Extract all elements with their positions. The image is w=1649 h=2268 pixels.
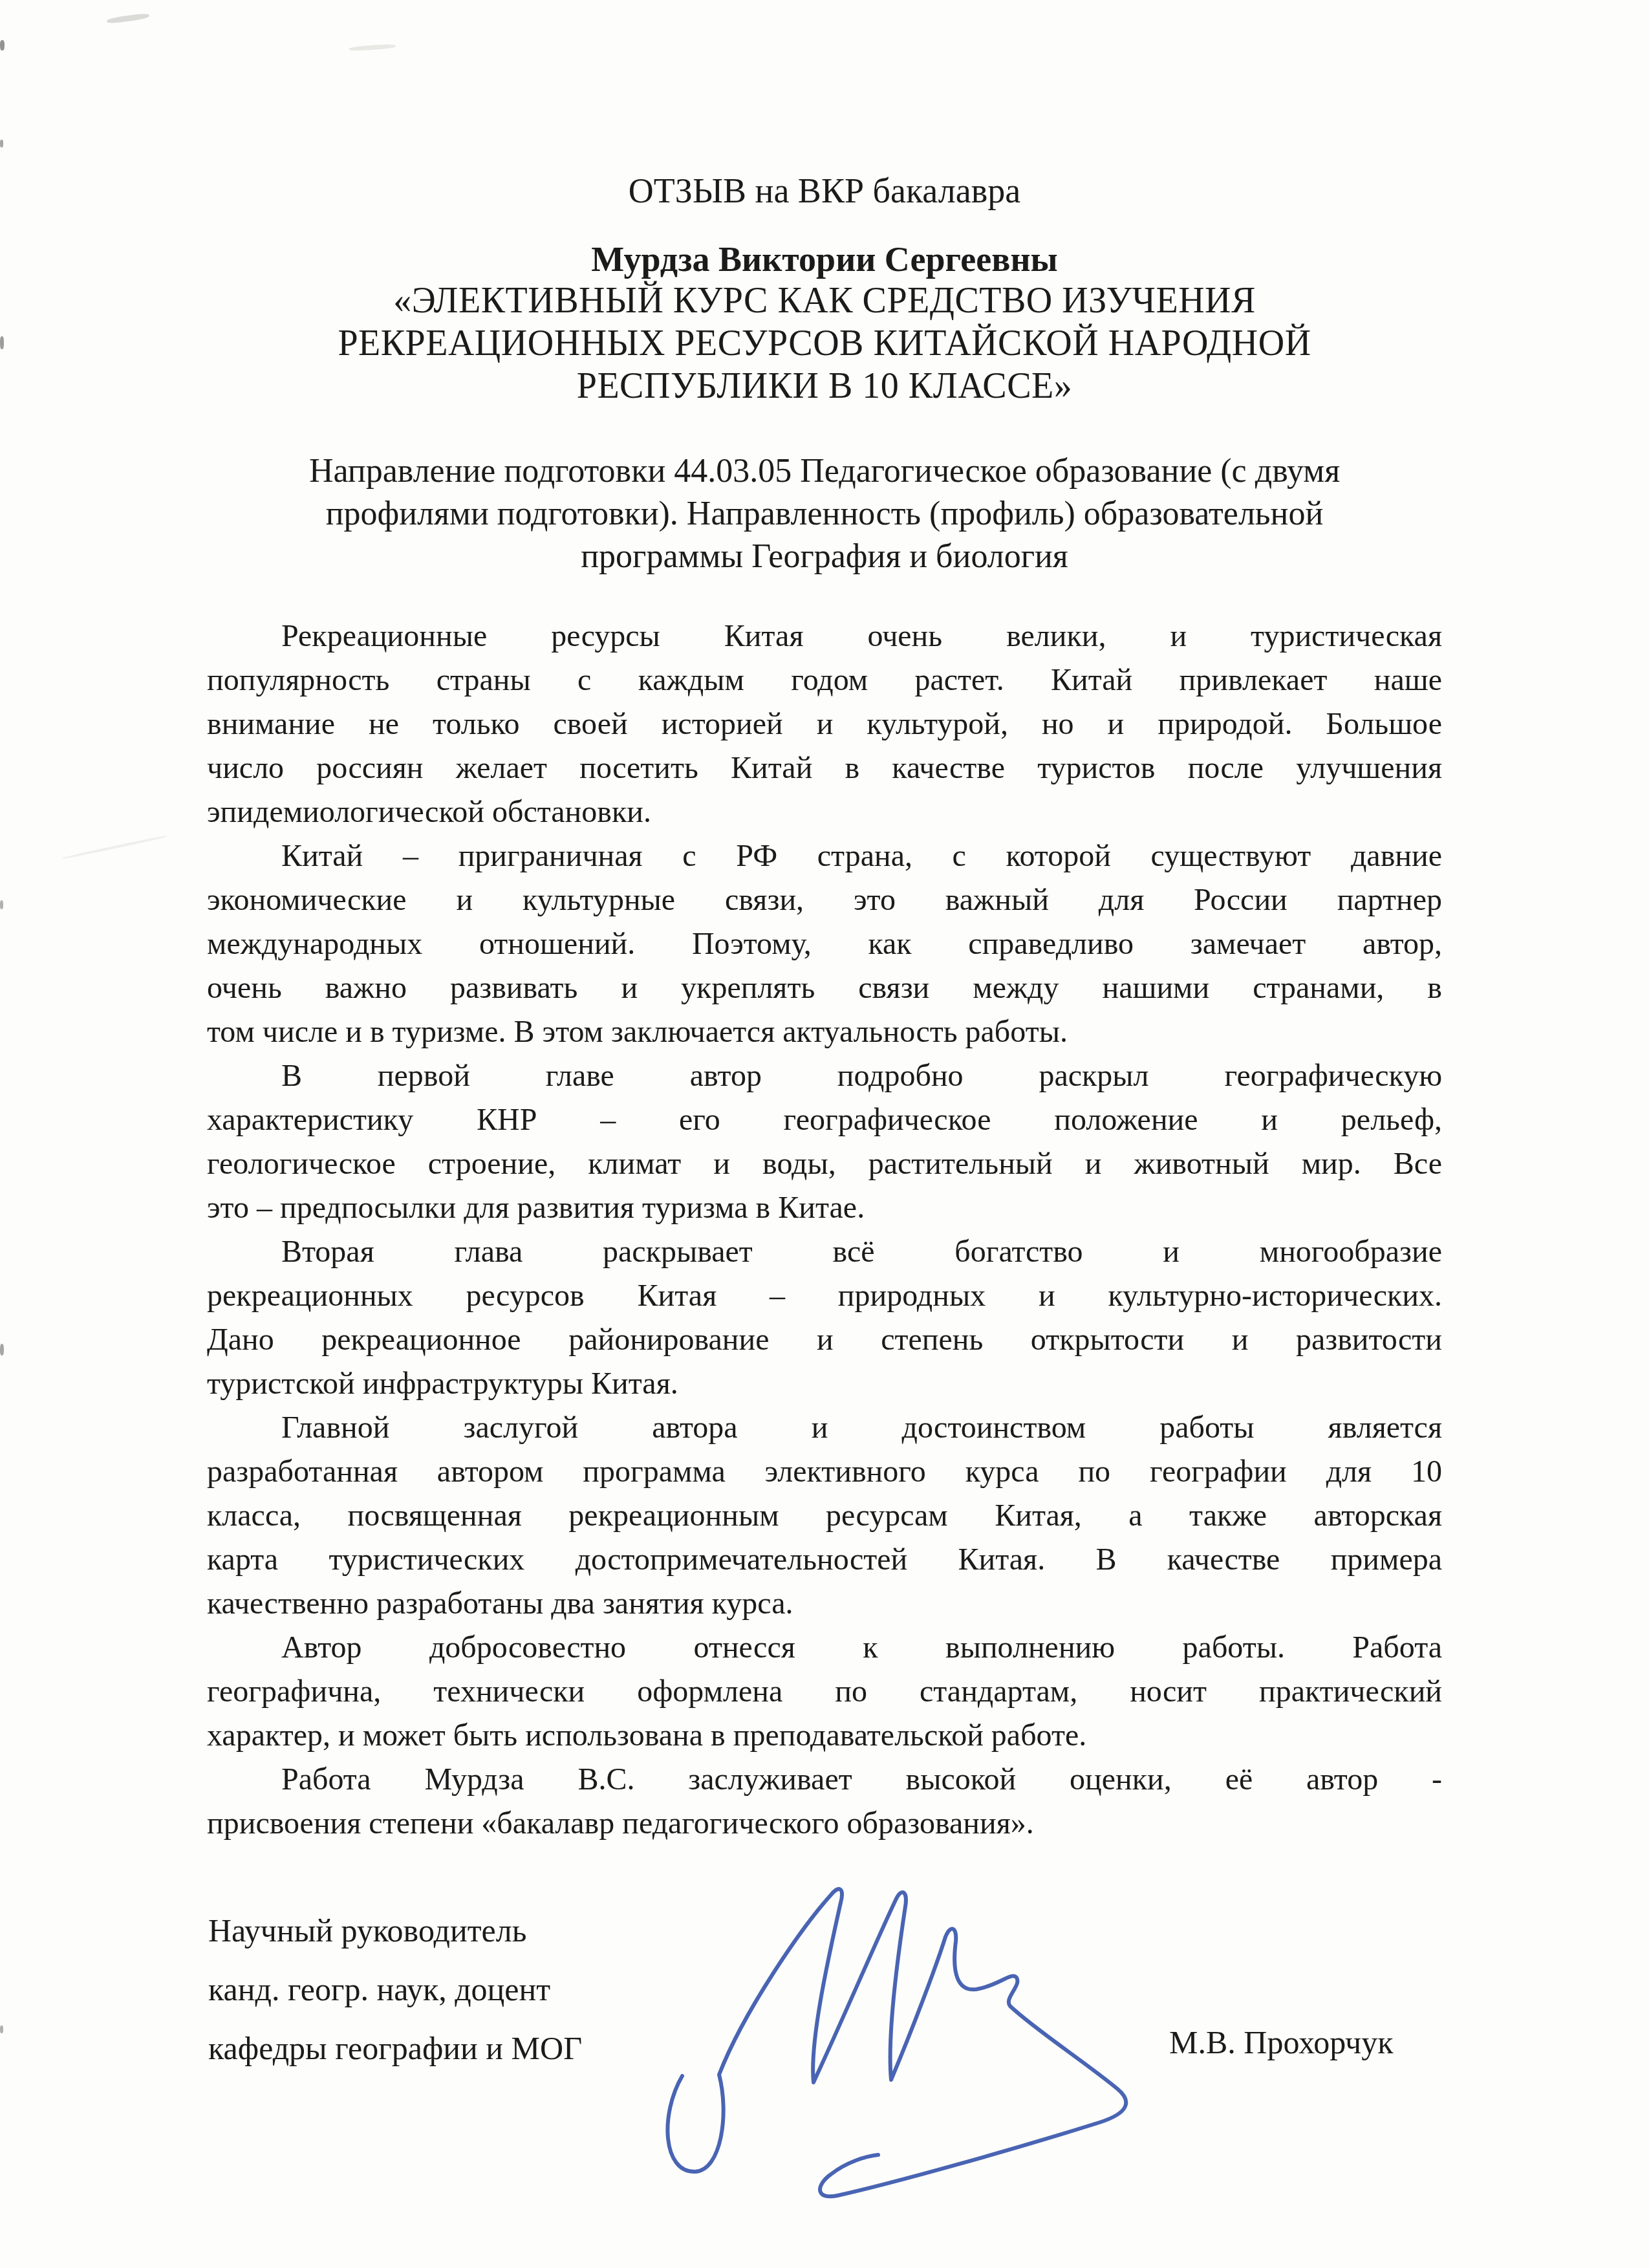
scan-smudge <box>107 12 150 24</box>
scan-edge-mark <box>0 40 5 50</box>
body-line: характеристику КНР – его географическое … <box>207 1098 1442 1142</box>
handwritten-signature <box>647 1869 1151 2218</box>
body-line: геологическое строение, климат и воды, р… <box>207 1142 1442 1186</box>
body-line: число россиян желает посетить Китай в ка… <box>207 746 1442 790</box>
body-text: Рекреационные ресурсы Китая очень велики… <box>207 614 1442 1846</box>
body-line: В первой главе автор подробно раскрыл ге… <box>207 1054 1442 1098</box>
author-name: Мурдза Виктории Сергеевны <box>207 238 1442 281</box>
body-line: Китай – приграничная с РФ страна, с кото… <box>207 834 1442 878</box>
scan-edge-mark <box>0 140 3 147</box>
body-line: Работа Мурдза В.С. заслуживает высокой о… <box>207 1758 1442 1802</box>
body-line: характер, и может быть использована в пр… <box>207 1714 1442 1758</box>
text-line: профилями подготовки). Направленность (п… <box>194 493 1455 535</box>
scan-smudge <box>62 835 167 859</box>
body-line: качественно разработаны два занятия курс… <box>207 1582 1442 1626</box>
body-line: это – предпосылки для развития туризма в… <box>207 1186 1442 1230</box>
scan-smudge <box>349 43 396 51</box>
text-line: Направление подготовки 44.03.05 Педагоги… <box>194 450 1455 493</box>
body-line: Вторая глава раскрывает всё богатство и … <box>207 1230 1442 1274</box>
body-line: внимание не только своей историей и куль… <box>207 702 1442 746</box>
body-line: разработанная автором программа элективн… <box>207 1450 1442 1494</box>
body-line: туристской инфраструктуры Китая. <box>207 1362 1442 1406</box>
body-line: рекреационных ресурсов Китая – природных… <box>207 1274 1442 1318</box>
body-line: том числе и в туризме. В этом заключаетс… <box>207 1010 1442 1054</box>
body-line: Рекреационные ресурсы Китая очень велики… <box>207 614 1442 658</box>
scan-edge-mark <box>0 336 4 349</box>
text-line: «ЭЛЕКТИВНЫЙ КУРС КАК СРЕДСТВО ИЗУЧЕНИЯ <box>207 279 1442 322</box>
body-line: класса, посвященная рекреационным ресурс… <box>207 1494 1442 1538</box>
body-line: эпидемиологической обстановки. <box>207 790 1442 834</box>
thesis-title: «ЭЛЕКТИВНЫЙ КУРС КАК СРЕДСТВО ИЗУЧЕНИЯРЕ… <box>207 279 1442 407</box>
signature-stroke <box>667 1889 1126 2196</box>
text-line: РЕКРЕАЦИОННЫХ РЕСУРСОВ КИТАЙСКОЙ НАРОДНО… <box>207 322 1442 365</box>
signer-name: М.В. Прохорчук <box>1169 2023 1467 2062</box>
text-line: программы География и биология <box>194 535 1455 578</box>
body-line: географична, технически оформлена по ста… <box>207 1670 1442 1714</box>
scan-edge-mark <box>0 1344 4 1355</box>
body-line: международных отношений. Поэтому, как сп… <box>207 922 1442 966</box>
body-line: Автор добросовестно отнесся к выполнению… <box>207 1626 1442 1670</box>
body-line: популярность страны с каждым годом расте… <box>207 658 1442 702</box>
body-line: присвоения степени «бакалавр педагогичес… <box>207 1802 1442 1846</box>
program-description: Направление подготовки 44.03.05 Педагоги… <box>194 450 1455 578</box>
document-title: ОТЗЫВ на ВКР бакалавра <box>207 169 1442 212</box>
text-line: РЕСПУБЛИКИ В 10 КЛАССЕ» <box>207 365 1442 407</box>
body-line: очень важно развивать и укреплять связи … <box>207 966 1442 1010</box>
scan-edge-mark <box>0 900 3 909</box>
scan-edge-mark <box>0 2025 3 2033</box>
body-line: экономические и культурные связи, это ва… <box>207 878 1442 922</box>
body-line: Дано рекреационное районирование и степе… <box>207 1318 1442 1362</box>
document-page: ОТЗЫВ на ВКР бакалавра Мурдза Виктории С… <box>0 0 1649 2268</box>
body-line: Главной заслугой автора и достоинством р… <box>207 1406 1442 1450</box>
body-line: карта туристических достопримечательност… <box>207 1538 1442 1582</box>
